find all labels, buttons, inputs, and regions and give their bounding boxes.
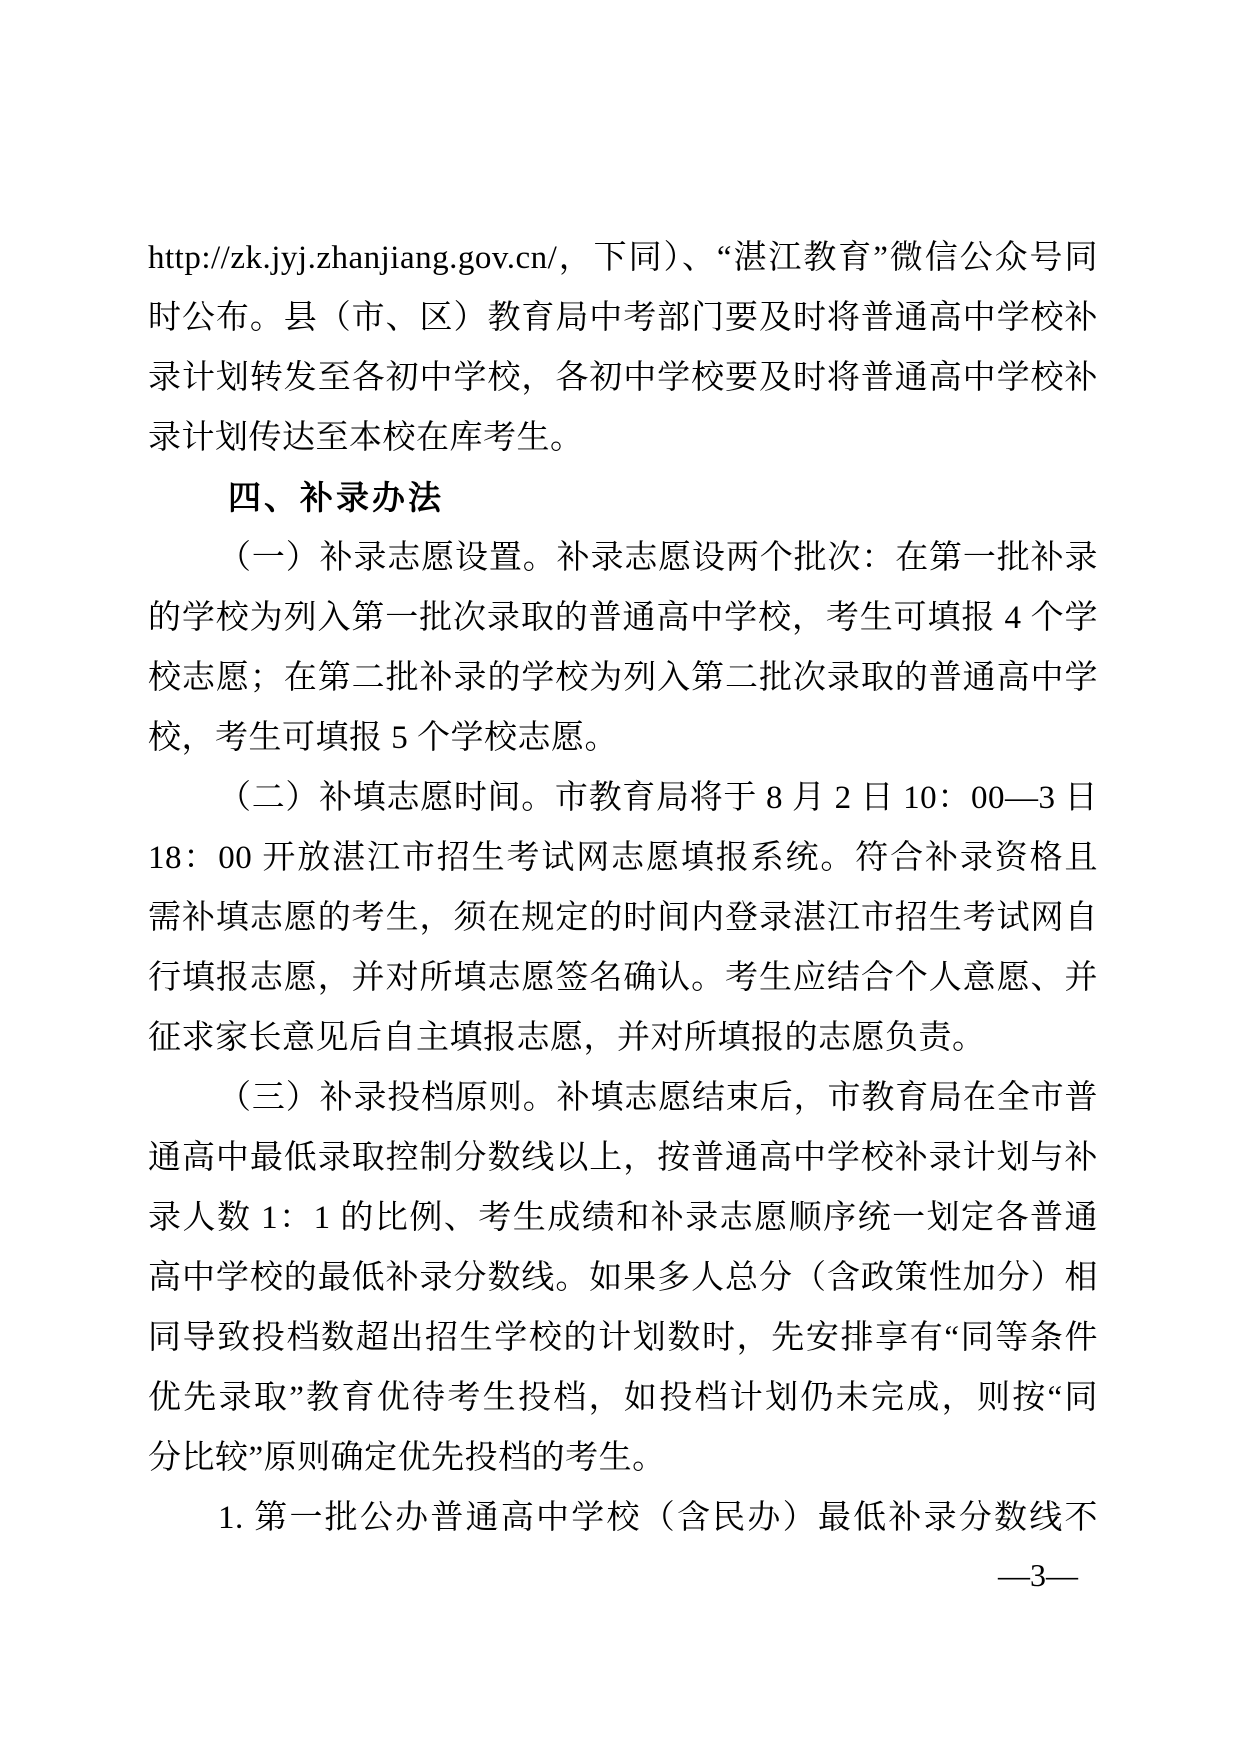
text-line: （一）补录志愿设置。补录志愿设两个批次：在第一批补录 <box>148 528 1098 588</box>
text-line: 通高中最低录取控制分数线以上，按普通高中学校补录计划与补 <box>148 1128 1098 1188</box>
text-line: 优先录取”教育优待考生投档，如投档计划仍未完成，则按“同 <box>148 1368 1098 1428</box>
text-line: 同导致投档数超出招生学校的计划数时，先安排享有“同等条件 <box>148 1308 1098 1368</box>
text-line: 校志愿；在第二批补录的学校为列入第二批次录取的普通高中学 <box>148 648 1098 708</box>
text-line: 高中学校的最低补录分数线。如果多人总分（含政策性加分）相 <box>148 1248 1098 1308</box>
text-line: 行填报志愿，并对所填志愿签名确认。考生应结合个人意愿、并 <box>148 948 1098 1008</box>
text-line: 录计划传达至本校在库考生。 <box>148 408 1098 468</box>
section-heading: 四、补录办法 <box>148 468 1098 528</box>
document-page: http://zk.jyj.zhanjiang.gov.cn/，下同）、“湛江教… <box>0 0 1240 1754</box>
text-line: 录人数 1：1 的比例、考生成绩和补录志愿顺序统一划定各普通 <box>148 1188 1098 1248</box>
page-footer: —3— <box>148 1545 1098 1605</box>
text-line: http://zk.jyj.zhanjiang.gov.cn/，下同）、“湛江教… <box>148 228 1098 288</box>
text-line: 分比较”原则确定优先投档的考生。 <box>148 1428 1098 1488</box>
page-number: —3— <box>998 1557 1078 1593</box>
text-line: 18：00 开放湛江市招生考试网志愿填报系统。符合补录资格且 <box>148 828 1098 888</box>
text-line: 征求家长意见后自主填报志愿，并对所填报的志愿负责。 <box>148 1008 1098 1068</box>
text-line: 时公布。县（市、区）教育局中考部门要及时将普通高中学校补 <box>148 288 1098 348</box>
text-line: （二）补填志愿时间。市教育局将于 8 月 2 日 10：00—3 日 <box>148 768 1098 828</box>
text-line: （三）补录投档原则。补填志愿结束后，市教育局在全市普 <box>148 1068 1098 1128</box>
text-line: 1. 第一批公办普通高中学校（含民办）最低补录分数线不 <box>148 1488 1098 1548</box>
document-body: http://zk.jyj.zhanjiang.gov.cn/，下同）、“湛江教… <box>148 228 1098 1548</box>
text-line: 校，考生可填报 5 个学校志愿。 <box>148 708 1098 768</box>
text-line: 录计划转发至各初中学校，各初中学校要及时将普通高中学校补 <box>148 348 1098 408</box>
text-line: 的学校为列入第一批次录取的普通高中学校，考生可填报 4 个学 <box>148 588 1098 648</box>
text-line: 需补填志愿的考生，须在规定的时间内登录湛江市招生考试网自 <box>148 888 1098 948</box>
